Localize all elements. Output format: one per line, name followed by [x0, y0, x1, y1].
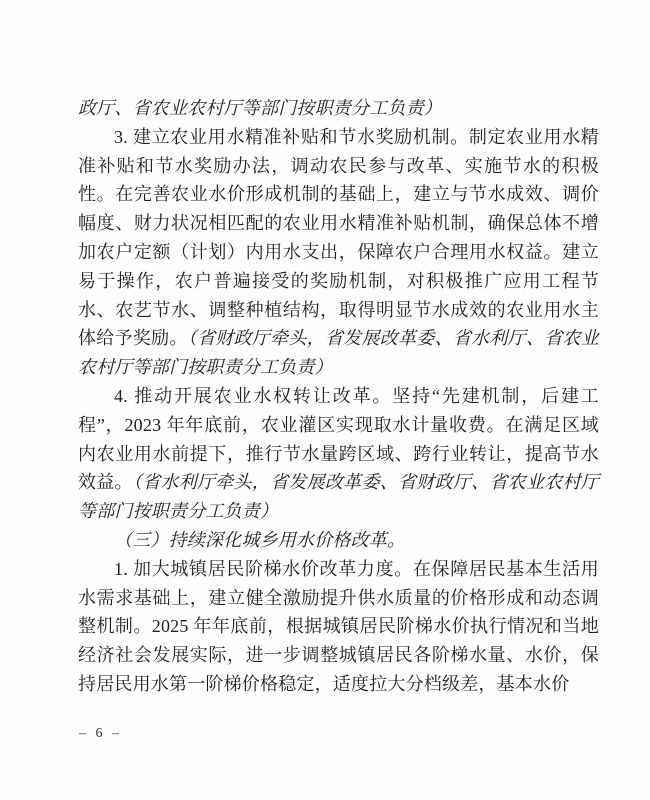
- text-segment: 3. 建立农业用水精准补贴和节水奖励机制。制定农业用水精准补贴和节水奖励办法，调…: [78, 127, 599, 349]
- kai-text-segment: （三）持续深化城乡用水价格改革。: [114, 530, 405, 550]
- kai-text-segment: 政厅、省农业农村厅等部门按职责分工负责）: [78, 98, 442, 118]
- text-segment: 1. 加大城镇居民阶梯水价改革力度。在保障居民基本生活用水需求基础上，建立健全激…: [78, 559, 599, 694]
- paragraph-section-3-heading: （三）持续深化城乡用水价格改革。: [78, 526, 599, 555]
- paragraph-item-1-tiered-water-price: 1. 加大城镇居民阶梯水价改革力度。在保障居民基本生活用水需求基础上，建立健全激…: [78, 555, 599, 699]
- paragraph-item-3-subsidy-incentive: 3. 建立农业用水精准补贴和节水奖励机制。制定农业用水精准补贴和节水奖励办法，调…: [78, 123, 599, 382]
- paragraph-item-4-water-rights-transfer: 4. 推动开展农业水权转让改革。坚持“先建机制，后建工程”，2023 年年底前，…: [78, 382, 599, 526]
- page-number: – 6 –: [79, 726, 122, 742]
- document-body: 政厅、省农业农村厅等部门按职责分工负责）3. 建立农业用水精准补贴和节水奖励机制…: [78, 94, 599, 699]
- kai-text-segment: （省水利厅牵头，省发展改革委、省财政厅、省农业农村厅等部门按职责分工负责）: [78, 472, 599, 521]
- document-page: 政厅、省农业农村厅等部门按职责分工负责）3. 建立农业用水精准补贴和节水奖励机制…: [0, 0, 650, 800]
- paragraph-continuation-line: 政厅、省农业农村厅等部门按职责分工负责）: [78, 94, 599, 123]
